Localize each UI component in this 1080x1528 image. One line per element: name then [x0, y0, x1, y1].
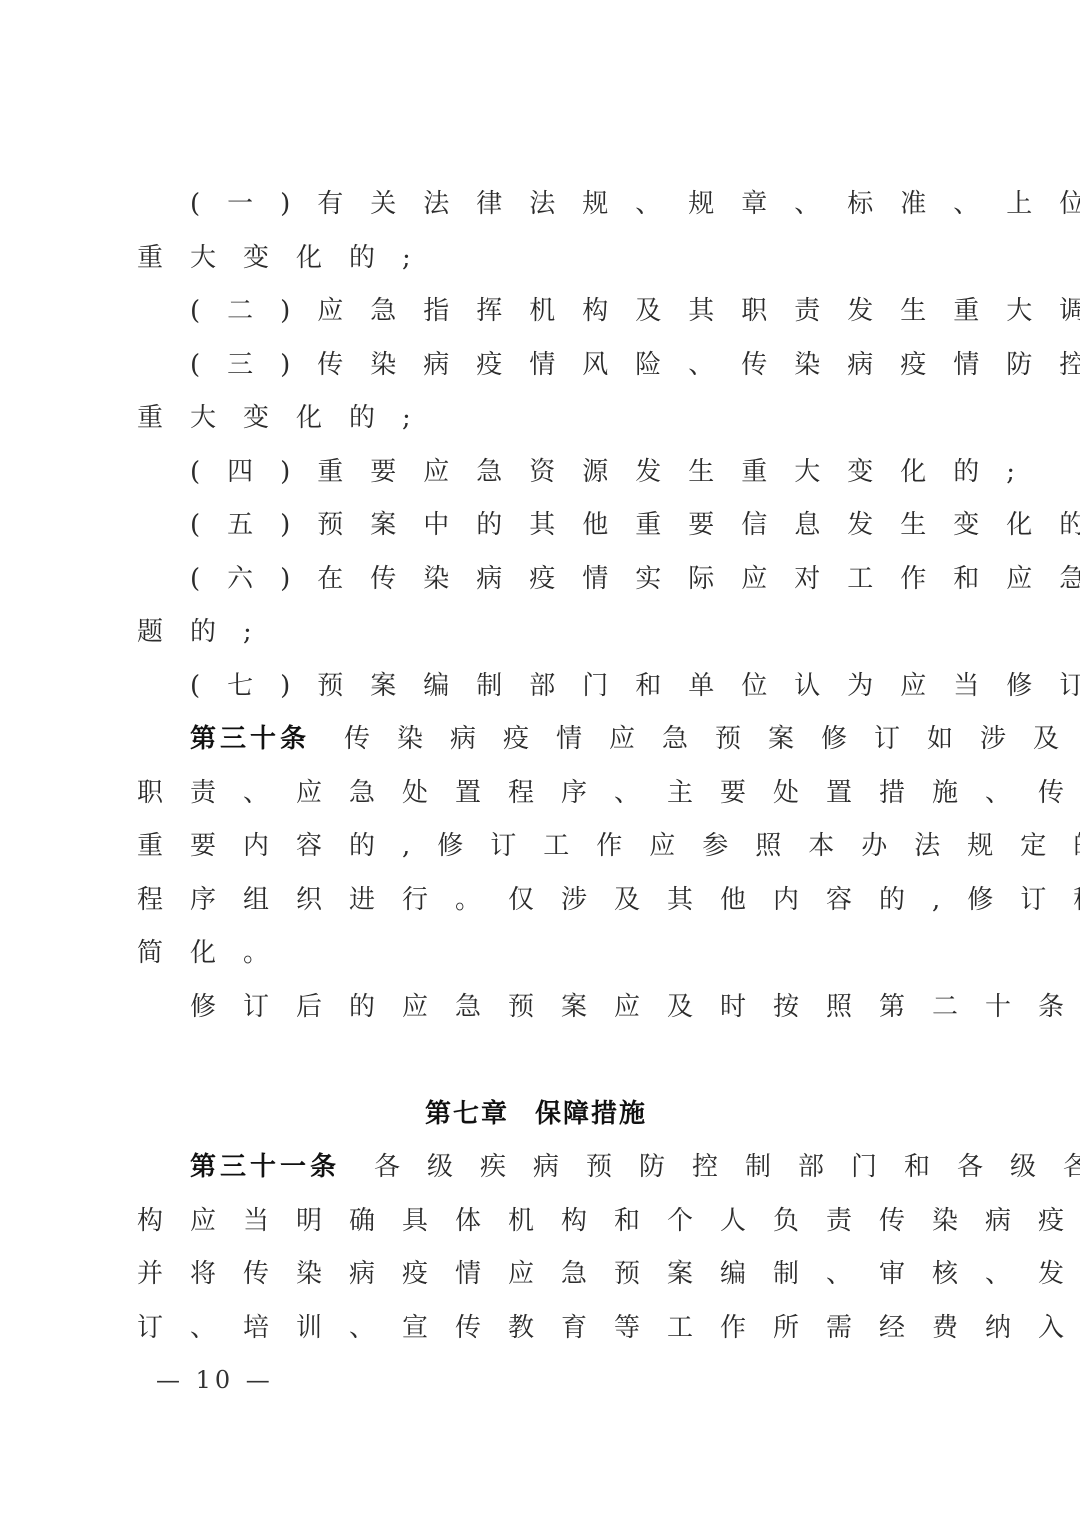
article-31: 第三十一条各级疾病预防控制部门和各级各类医疗卫生机 构应当明确具体机构和个人负责… — [137, 1141, 935, 1355]
revision-conditions-list: (一)有关法律法规、规章、标准、上位预案中的有关规定发生 重大变化的; (二)应… — [137, 178, 935, 713]
list-item-2: (二)应急指挥机构及其职责发生重大调整的; — [137, 285, 935, 339]
list-item-6-line-2: 题的; — [137, 606, 935, 660]
article-30-line-2: 职责、应急处置程序、主要处置措施、传染病疫情事件分级标准等 — [137, 767, 935, 821]
list-item-1-line-2: 重大变化的; — [137, 232, 935, 286]
article-30-first-line: 第三十条传染病疫情应急预案修订如涉及组织指挥体系与 — [137, 713, 935, 767]
list-item-5: (五)预案中的其他重要信息发生变化的; — [137, 499, 935, 553]
article-31-line-2: 构应当明确具体机构和个人负责传染病疫情应急预案管理工作, — [137, 1195, 935, 1249]
document-page: (一)有关法律法规、规章、标准、上位预案中的有关规定发生 重大变化的; (二)应… — [137, 178, 935, 1355]
article-30: 第三十条传染病疫情应急预案修订如涉及组织指挥体系与 职责、应急处置程序、主要处置… — [137, 713, 935, 1034]
article-30-line-5: 简化。 — [137, 927, 935, 981]
chapter-title: 保障措施 — [535, 1099, 647, 1129]
list-item-3-line-1: (三)传染病疫情风险、传染病疫情防控和应急处置手段发生 — [137, 339, 935, 393]
page-number: — 10 — — [156, 1366, 274, 1394]
section-spacer — [137, 1034, 935, 1088]
article-30-first-line-text: 传染病疫情应急预案修订如涉及组织指挥体系与 — [344, 724, 1080, 754]
article-30-label: 第三十条 — [190, 724, 310, 754]
article-30-paragraph-2: 修订后的应急预案应及时按照第二十条相关规定进行备案。 — [137, 981, 935, 1035]
article-31-label: 第三十一条 — [190, 1152, 340, 1182]
list-item-1-line-1: (一)有关法律法规、规章、标准、上位预案中的有关规定发生 — [137, 178, 935, 232]
list-item-6-line-1: (六)在传染病疫情实际应对工作和应急演练中发现重大问 — [137, 553, 935, 607]
list-item-7: (七)预案编制部门和单位认为应当修订的其他情况。 — [137, 660, 935, 714]
article-31-line-4: 订、培训、宣传教育等工作所需经费纳入常规工作预算统筹安排。 — [137, 1302, 935, 1356]
article-31-first-line-text: 各级疾病预防控制部门和各级各类医疗卫生机 — [374, 1152, 1080, 1182]
article-30-line-3: 重要内容的,修订工作应参照本办法规定的预案编制、审核、发布 — [137, 820, 935, 874]
chapter-number: 第七章 — [425, 1099, 509, 1129]
list-item-3-line-2: 重大变化的; — [137, 392, 935, 446]
article-30-line-4: 程序组织进行。仅涉及其他内容的,修订程序可根据情况适当 — [137, 874, 935, 928]
article-31-first-line: 第三十一条各级疾病预防控制部门和各级各类医疗卫生机 — [137, 1141, 935, 1195]
chapter-heading: 第七章保障措施 — [137, 1088, 935, 1142]
article-31-line-3: 并将传染病疫情应急预案编制、审核、发布、备案、演练、评估、修 — [137, 1248, 935, 1302]
list-item-4: (四)重要应急资源发生重大变化的; — [137, 446, 935, 500]
